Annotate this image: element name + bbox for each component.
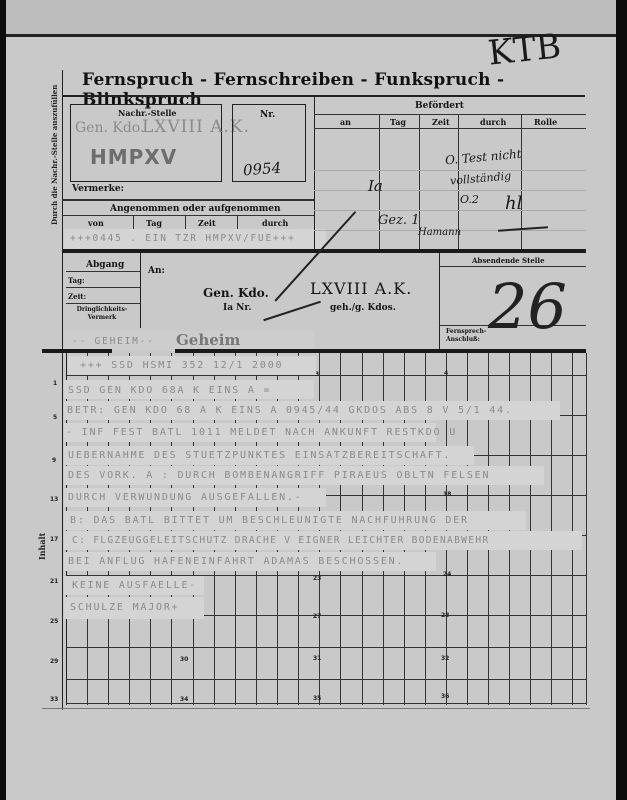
- stamp-gen-kdo: Gen. Kdo.: [75, 120, 144, 136]
- geheim-stamp: Geheim: [176, 331, 240, 349]
- befoerdert-label: Befördert: [415, 101, 464, 111]
- row-number: 9: [52, 457, 56, 464]
- form-bottom-edge: [42, 708, 590, 709]
- handwritten-initials: hl: [505, 193, 522, 214]
- message-signature: SCHULZE MAJOR+: [70, 602, 180, 613]
- an-corps: LXVIII A.K.: [310, 279, 412, 298]
- abgang-label: Abgang: [86, 260, 124, 270]
- callsign-stamp: HMPXV: [90, 145, 177, 169]
- angenommen-col-durch: durch: [262, 218, 288, 228]
- cell-number: 18: [443, 491, 451, 498]
- message-line: SSD GEN KDO 68A K EINS A =: [68, 385, 271, 396]
- handwritten-note-3: O.2: [460, 193, 479, 206]
- befoerdert-header-line: [314, 128, 586, 129]
- nr-label: Nr.: [260, 110, 275, 120]
- inhalt-label: Inhalt: [37, 533, 47, 560]
- abgang-line: [66, 303, 140, 304]
- message-line: KEINE AUSFAELLE-: [72, 580, 197, 591]
- vermerke-label: Vermerke:: [72, 184, 124, 194]
- befoerdert-col-rolle: Rolle: [534, 117, 557, 127]
- cell-number: 36: [441, 693, 449, 700]
- dringlichkeit-label: Dringlichkeits-Vermerk: [72, 306, 132, 322]
- handwritten-gez: Gez. 1: [378, 213, 419, 228]
- cell-number: 28: [441, 612, 449, 619]
- ruled-line: [314, 190, 586, 191]
- an-label: An:: [148, 266, 165, 276]
- cell-number: 32: [441, 655, 449, 662]
- message-line: B: DAS BATL BITTET UM BESCHLEUNIGTE NACH…: [70, 515, 469, 526]
- row-number: 21: [50, 578, 58, 585]
- cell-number: 35: [313, 695, 321, 702]
- handwritten-an: Ia: [368, 177, 383, 195]
- row-number: 29: [50, 658, 58, 665]
- geheim-typed: -- GEHEIM--: [72, 336, 155, 347]
- angenommen-col-von: von: [88, 218, 104, 228]
- angenommen-typed: +++0445 . EIN TZR HMPXV/FUE+++: [70, 233, 296, 244]
- row-number: 13: [50, 496, 58, 503]
- befoerdert-col-tag: Tag: [390, 117, 406, 127]
- absendende-label: Absendende Stelle: [472, 256, 545, 265]
- handwritten-26: 26: [488, 270, 567, 343]
- an-ia-nr: Ia Nr.: [223, 303, 251, 313]
- handwritten-zeit: Hamann: [418, 227, 461, 238]
- befoerdert-col-durch: durch: [480, 117, 506, 127]
- row-number: 17: [50, 536, 58, 543]
- ktb-annotation: KTB: [486, 26, 563, 73]
- cell-number: 24: [443, 571, 451, 578]
- an-classification: geh./g. Kdos.: [330, 303, 396, 313]
- cell-number: 23: [313, 575, 321, 582]
- message-line: UEBERNAHME DES STUETZPUNKTES EINSATZBERE…: [68, 450, 451, 461]
- angenommen-label: Angenommen oder aufgenommen: [110, 204, 281, 214]
- left-margin-line: [62, 70, 63, 710]
- message-line: DES VORK. A : DURCH BOMBENANGRIFF PIRAEU…: [68, 470, 490, 481]
- row-number: 33: [50, 696, 58, 703]
- message-line: C: FLGZEUGGELEITSCHUTZ DRACHE V EIGNER L…: [72, 535, 489, 546]
- col-divider: [133, 215, 134, 229]
- cell-number: 27: [313, 613, 321, 620]
- col-divider: [185, 215, 186, 229]
- row-number: 25: [50, 618, 58, 625]
- befoerdert-line: [314, 114, 586, 115]
- angenommen-col-zeit: Zeit: [198, 218, 216, 228]
- ruled-line: [314, 170, 586, 171]
- absendende-left-line: [439, 253, 440, 349]
- angenommen-header-line: [62, 215, 314, 216]
- angenommen-top-line: [62, 199, 314, 201]
- abgang-zeit-label: Zeit:: [68, 292, 86, 301]
- befoerdert-left-line: [314, 97, 315, 249]
- title-underline: [62, 95, 585, 97]
- col-divider: [237, 215, 238, 229]
- message-line: BETR: GEN KDO 68 A K EINS A 0945/44 GKDO…: [67, 405, 513, 416]
- message-header: +++ SSD HSMI 352 12/1 2000: [80, 360, 283, 371]
- abgang-line: [66, 287, 140, 288]
- row-number: 1: [53, 380, 57, 387]
- cell-number: 31: [313, 655, 321, 662]
- message-line: - INF FEST BATL 1011 MELDET NACH ANKUNFT…: [66, 427, 457, 438]
- message-line: BEI ANFLUG HAFENEINFAHRT ADAMAS BESCHOSS…: [68, 556, 404, 567]
- an-gen-kdo: Gen. Kdo.: [203, 286, 269, 300]
- befoerdert-col-an: an: [340, 117, 351, 127]
- side-label: Durch die Nachr.-Stelle auszufüllen: [50, 85, 59, 225]
- cell-number: 30: [180, 656, 188, 663]
- message-line: DURCH VERWUNDUNG AUSGEFALLEN.-: [68, 492, 303, 503]
- angenommen-col-tag: Tag: [146, 218, 162, 228]
- cell-number: 34: [180, 696, 188, 703]
- nr-value: 0954: [242, 159, 281, 180]
- cell-number: 4: [444, 370, 448, 377]
- absendende-line: [439, 266, 586, 267]
- fernsprech-label: Fernsprech-Anschluß:: [446, 328, 486, 344]
- abgang-line: [66, 271, 140, 272]
- abgang-tag-label: Tag:: [68, 276, 85, 285]
- befoerdert-col-zeit: Zeit: [432, 117, 450, 127]
- row-number: 5: [53, 414, 57, 421]
